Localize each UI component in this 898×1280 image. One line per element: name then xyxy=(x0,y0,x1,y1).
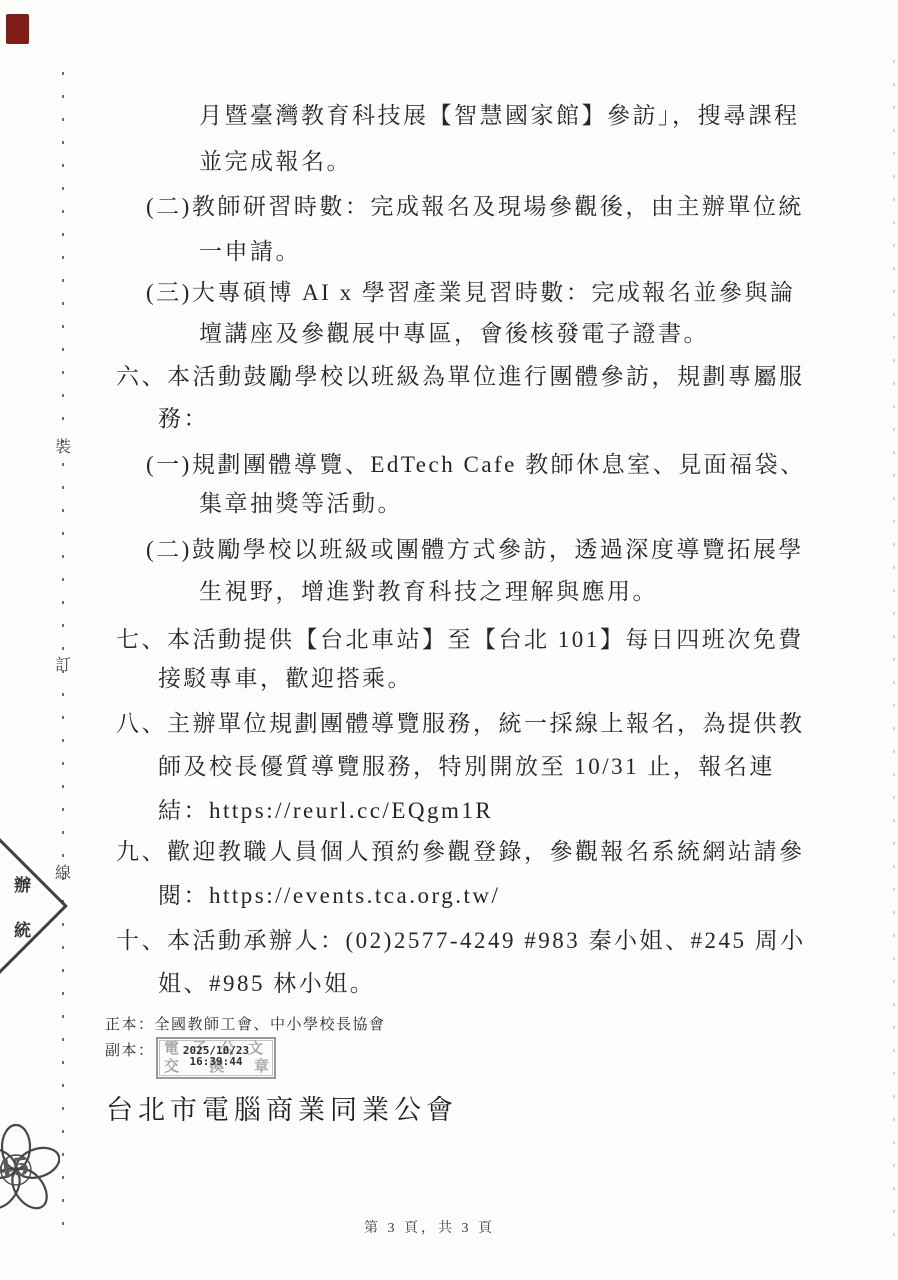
body-line: 並完成報名。 xyxy=(199,150,352,173)
body-line: 九、歡迎教職人員個人預約參觀登錄，參觀報名系統網站請參 xyxy=(116,840,805,863)
body-line: 月暨臺灣教育科技展【智慧國家館】參訪」，搜尋課程 xyxy=(199,104,800,127)
distribution-original: 正本：全國教師工會、中小學校長協會 xyxy=(105,1018,386,1033)
body-line: 師及校長優質導覽服務，特別開放至 10/31 止，報名連 xyxy=(158,755,775,778)
page-number-label: 第 3 頁，共 3 頁 xyxy=(364,1222,495,1236)
body-line: (二)鼓勵學校以班級或團體方式參訪，透過深度導覽拓展學 xyxy=(146,538,804,561)
scanned-document-page: 裝 訂 線 月暨臺灣教育科技展【智慧國家館】參訪」，搜尋課程並完成報名。(二)教… xyxy=(0,0,898,1280)
body-line: 閱：https://events.tca.org.tw/ xyxy=(158,884,500,907)
body-line: (一)規劃團體導覽、EdTech Cafe 教師休息室、見面福袋、 xyxy=(146,453,806,476)
issuer-name: 台北市電腦商業同業公會 xyxy=(106,1097,458,1124)
distribution-copy-label: 副本： xyxy=(105,1044,155,1059)
body-line: 一申請。 xyxy=(199,240,301,263)
body-line: (二)教師研習時數：完成報名及現場參觀後，由主辦單位統 xyxy=(146,195,804,218)
body-line: 集章抽獎等活動。 xyxy=(199,492,403,515)
body-line: 十、本活動承辦人：(02)2577-4249 #983 秦小姐、#245 周小 xyxy=(116,929,806,952)
body-line: 務： xyxy=(158,407,209,430)
electronic-exchange-stamp: 電子公文 交換章 2025/10/23 16:39:44 xyxy=(156,1037,276,1079)
document-body: 月暨臺灣教育科技展【智慧國家館】參訪」，搜尋課程並完成報名。(二)教師研習時數：… xyxy=(0,0,898,1280)
corner-stamp-char: 辦 xyxy=(14,871,31,896)
body-line: 姐、#985 林小姐。 xyxy=(158,972,375,995)
body-line: 結：https://reurl.cc/EQgm1R xyxy=(158,799,493,822)
flower-seal-number: 45 xyxy=(0,1154,31,1182)
corner-stamp-char: 統 xyxy=(14,916,31,941)
body-line: 七、本活動提供【台北車站】至【台北 101】每日四班次免費 xyxy=(116,628,804,651)
body-line: (三)大專碩博 AI x 學習產業見習時數：完成報名並參與論 xyxy=(146,281,795,304)
body-line: 壇講座及參觀展中專區，會後核發電子證書。 xyxy=(199,322,709,345)
body-line: 六、本活動鼓勵學校以班級為單位進行團體參訪，規劃專屬服 xyxy=(116,365,805,388)
body-line: 接駁專車，歡迎搭乘。 xyxy=(158,667,413,690)
office-corner-stamp-chars: 公 辦 文 統 xyxy=(0,861,45,951)
body-line: 八、主辦單位規劃團體導覽服務，統一採線上報名，為提供教 xyxy=(116,712,805,735)
flower-seal: 45 xyxy=(0,1122,60,1218)
body-line: 生視野，增進對教育科技之理解與應用。 xyxy=(199,580,658,603)
stamp-time: 16:39:44 xyxy=(158,1056,274,1067)
